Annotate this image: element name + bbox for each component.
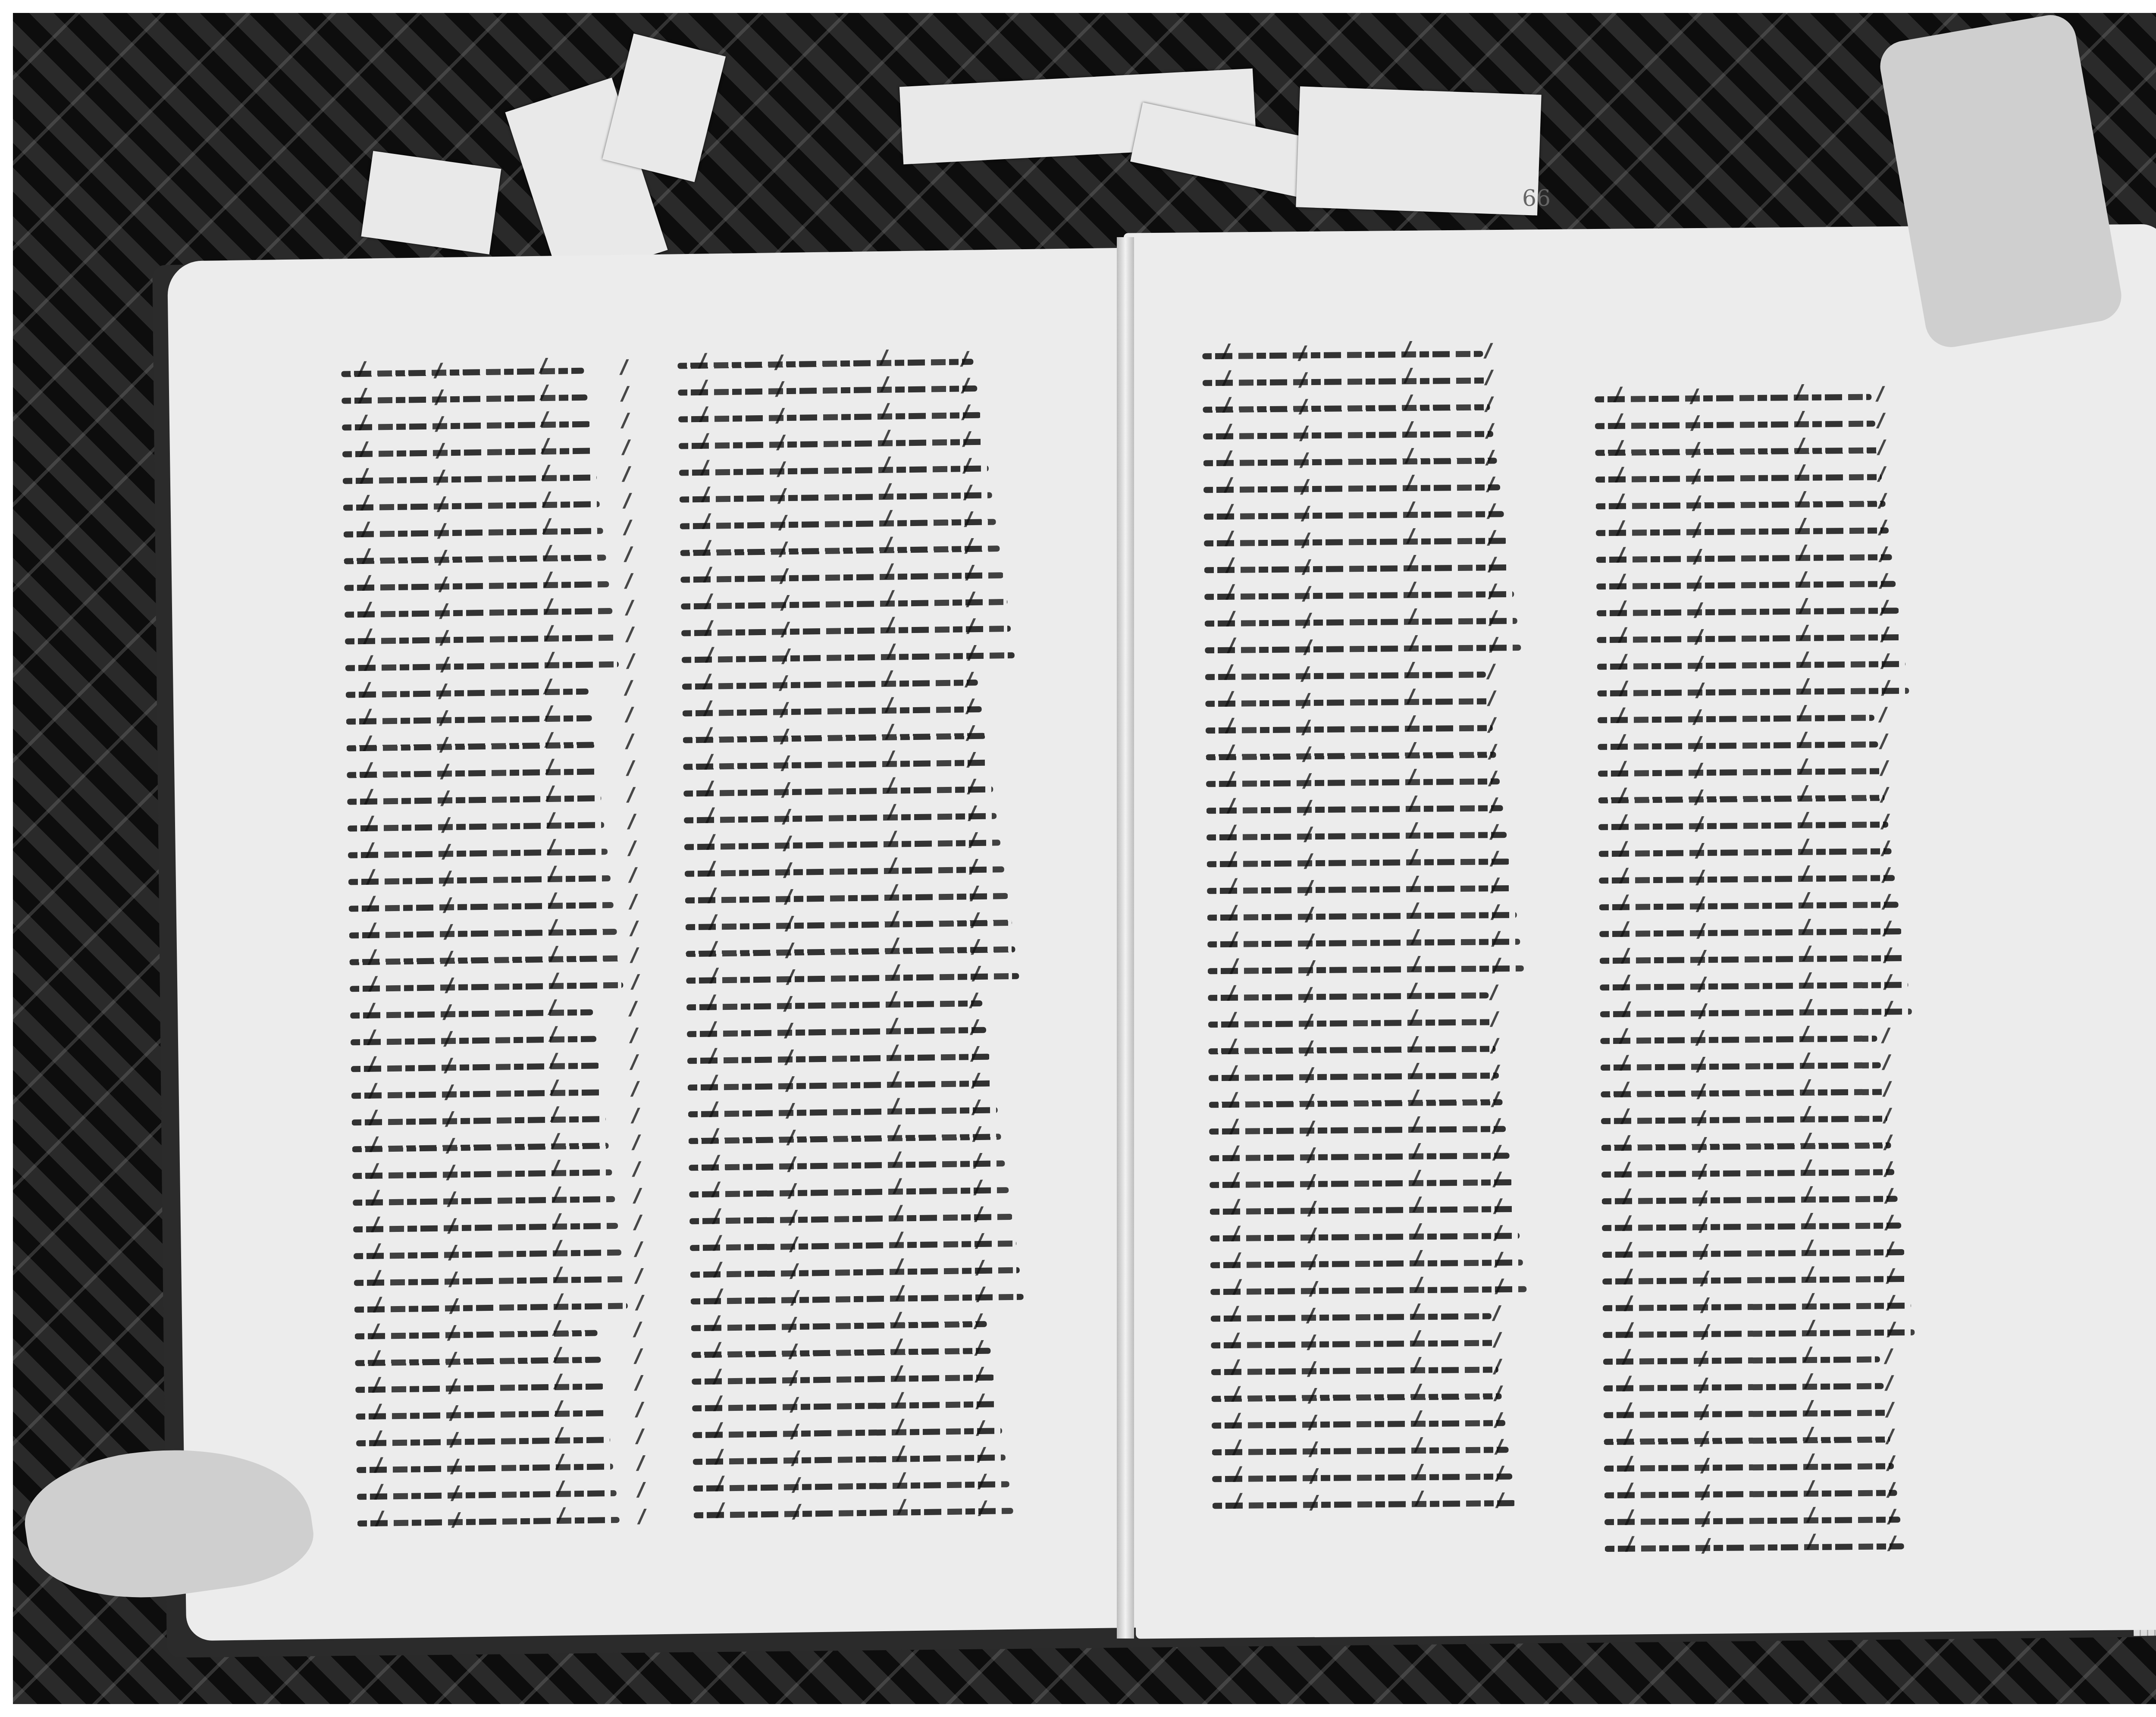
text-line [1599, 944, 1905, 973]
text-line [691, 1337, 991, 1368]
text-line [677, 348, 974, 379]
text-line [1209, 1061, 1499, 1090]
text-line [1206, 794, 1503, 823]
text-line [355, 1372, 604, 1402]
text-line [353, 1212, 618, 1242]
text-line [350, 971, 623, 1002]
text-line [1601, 1051, 1881, 1081]
text-line [1602, 1238, 1904, 1267]
text-line [347, 757, 598, 787]
text-line [1604, 1505, 1901, 1535]
text-line [1601, 1104, 1888, 1134]
text-line [1598, 837, 1891, 866]
text-line [352, 1158, 612, 1188]
text-line [346, 730, 595, 761]
text-line [1604, 1479, 1897, 1508]
text-line [348, 811, 605, 841]
text-line [681, 588, 1007, 619]
text-line [1203, 500, 1504, 529]
text-line [1211, 1355, 1499, 1385]
text-line [1205, 661, 1486, 690]
text-line [686, 962, 1019, 993]
text-line [1206, 714, 1493, 743]
text-line [356, 1399, 607, 1429]
text-column-left-2 [677, 347, 1030, 1528]
text-line [354, 1238, 622, 1269]
text-line [1598, 810, 1888, 840]
text-line [1597, 623, 1902, 652]
text-line [690, 1283, 1024, 1314]
text-line [1603, 1345, 1880, 1375]
text-line [1604, 1398, 1887, 1428]
text-line [1599, 917, 1902, 946]
text-line [680, 534, 1000, 565]
text-line [1208, 954, 1524, 984]
text-line [690, 1229, 1016, 1261]
text-line [678, 374, 978, 405]
text-line [342, 436, 594, 467]
text-line [693, 1443, 1006, 1474]
text-line [1600, 1025, 1877, 1054]
text-line [1595, 410, 1875, 439]
text-line [687, 1043, 990, 1074]
text-line [692, 1390, 999, 1421]
text-line [680, 561, 1004, 592]
text-line [354, 1292, 627, 1322]
text-line [688, 1096, 997, 1127]
text-line [678, 401, 981, 432]
text-line [341, 357, 584, 387]
text-line [683, 722, 986, 753]
text-line [345, 597, 613, 627]
text-line [1208, 1034, 1496, 1064]
text-line [1601, 1158, 1894, 1187]
text-line [1205, 607, 1518, 636]
text-line [1596, 596, 1899, 626]
text-line [345, 677, 589, 708]
photo-frame: 66 Two facing pages, each with two colum… [13, 13, 2156, 1704]
text-line [356, 1426, 611, 1456]
text-line [1597, 677, 1909, 706]
text-line [349, 918, 617, 948]
text-line [1601, 1184, 1898, 1214]
text-line [356, 1452, 613, 1482]
text-line [687, 1016, 987, 1047]
text-line [1603, 1372, 1883, 1401]
folio-number: 66 [1522, 185, 1551, 211]
paper-slip [1296, 86, 1541, 215]
text-line [1210, 1248, 1523, 1278]
text-line [1207, 874, 1514, 903]
text-line [692, 1363, 995, 1394]
text-line [1209, 1088, 1502, 1117]
text-line [350, 998, 593, 1028]
text-line [1210, 1195, 1516, 1224]
text-line [683, 775, 993, 806]
text-line [347, 784, 602, 814]
text-line [686, 935, 1015, 967]
text-line [1600, 971, 1908, 1000]
text-line [342, 410, 591, 440]
text-line [1209, 1141, 1509, 1171]
paper-slip [361, 151, 501, 254]
text-line [1206, 847, 1510, 877]
text-line [693, 1497, 1013, 1528]
text-line [1603, 1291, 1912, 1321]
text-line [1596, 516, 1889, 545]
text-line [352, 1131, 609, 1162]
text-line [345, 650, 619, 681]
text-line [1597, 650, 1906, 679]
text-line [1604, 1452, 1894, 1481]
text-line [353, 1185, 615, 1215]
text-line [1598, 704, 1875, 733]
text-line [1212, 1409, 1505, 1438]
text-line [688, 1122, 1001, 1153]
text-line [354, 1319, 598, 1349]
text-line [1203, 473, 1501, 502]
text-line [343, 517, 603, 547]
text-line [689, 1149, 1005, 1180]
text-line [1205, 687, 1489, 717]
text-line [1205, 633, 1521, 663]
text-line [693, 1470, 1009, 1501]
text-line [1604, 1532, 1904, 1561]
text-line [342, 383, 587, 414]
text-line [1604, 1425, 1890, 1454]
text-line [1202, 340, 1483, 369]
text-line [681, 614, 1011, 646]
text-line [348, 891, 614, 921]
text-line [1601, 1131, 1891, 1160]
text-line [687, 1069, 994, 1100]
text-line [1203, 446, 1497, 476]
text-line [1602, 1265, 1908, 1294]
text-line [1211, 1382, 1502, 1411]
book-gutter [1117, 237, 1134, 1639]
text-line [1203, 367, 1487, 396]
text-column-right-2 [1595, 382, 1920, 1561]
text-line [685, 882, 1008, 913]
text-line [1596, 570, 1896, 599]
text-line [1598, 757, 1882, 786]
text-line [1204, 553, 1510, 583]
text-line [344, 570, 609, 601]
text-line [357, 1479, 616, 1509]
text-line [343, 490, 600, 520]
text-line [1595, 383, 1872, 412]
text-line [351, 1025, 596, 1055]
text-line [682, 641, 1015, 673]
text-line [684, 802, 997, 833]
text-line [1600, 997, 1912, 1027]
text-line [1212, 1462, 1512, 1491]
text-column-right-1 [1202, 339, 1532, 1518]
text-line [342, 463, 597, 493]
text-line [1208, 1008, 1492, 1037]
text-line [1595, 463, 1882, 492]
text-line [1603, 1318, 1915, 1347]
text-line [1598, 783, 1885, 813]
text-line [1204, 526, 1507, 556]
text-line [1595, 489, 1885, 519]
text-line [1598, 730, 1878, 760]
text-line [689, 1203, 1013, 1234]
text-line [1599, 890, 1898, 920]
text-line [684, 855, 1004, 886]
text-line [1211, 1302, 1492, 1332]
text-line [690, 1256, 1020, 1288]
text-line [1204, 580, 1514, 609]
text-line [685, 909, 1012, 940]
text-line [1210, 1168, 1513, 1197]
text-line [1595, 436, 1879, 465]
text-line [679, 428, 985, 459]
text-line [1210, 1275, 1526, 1304]
text-line [686, 989, 983, 1020]
text-line [1206, 821, 1507, 850]
text-line [1207, 901, 1517, 930]
text-line [683, 749, 990, 780]
text-line [355, 1345, 601, 1375]
text-column-left-1 [341, 356, 633, 1536]
text-line [1208, 981, 1489, 1011]
text-line [1602, 1211, 1901, 1241]
text-line [346, 704, 592, 734]
text-line [348, 864, 611, 894]
text-line [1212, 1435, 1509, 1465]
text-line [351, 1105, 606, 1135]
text-line [351, 1051, 599, 1081]
text-line [680, 508, 996, 539]
text-line [344, 543, 606, 573]
text-line [351, 1078, 602, 1108]
text-line [1596, 543, 1892, 572]
text-line [1206, 740, 1496, 770]
text-line [1210, 1222, 1520, 1251]
text-line [682, 668, 978, 699]
text-line [693, 1416, 1002, 1448]
text-line [1209, 1115, 1506, 1144]
text-line [1203, 420, 1494, 449]
text-line [679, 481, 992, 512]
text-line [684, 828, 1001, 859]
text-line [348, 837, 608, 868]
text-line [357, 1506, 620, 1536]
text-line [1207, 927, 1520, 957]
text-line [345, 624, 616, 654]
text-line [691, 1310, 987, 1341]
text-line [1206, 767, 1500, 796]
text-line [1211, 1328, 1495, 1358]
text-line [349, 944, 620, 975]
text-line [689, 1176, 1009, 1207]
text-line [679, 454, 988, 486]
text-line [354, 1265, 624, 1296]
text-line [682, 695, 982, 726]
text-line [1599, 864, 1895, 893]
text-line [1212, 1489, 1516, 1518]
text-line [1203, 393, 1490, 422]
text-line [1601, 1078, 1884, 1107]
